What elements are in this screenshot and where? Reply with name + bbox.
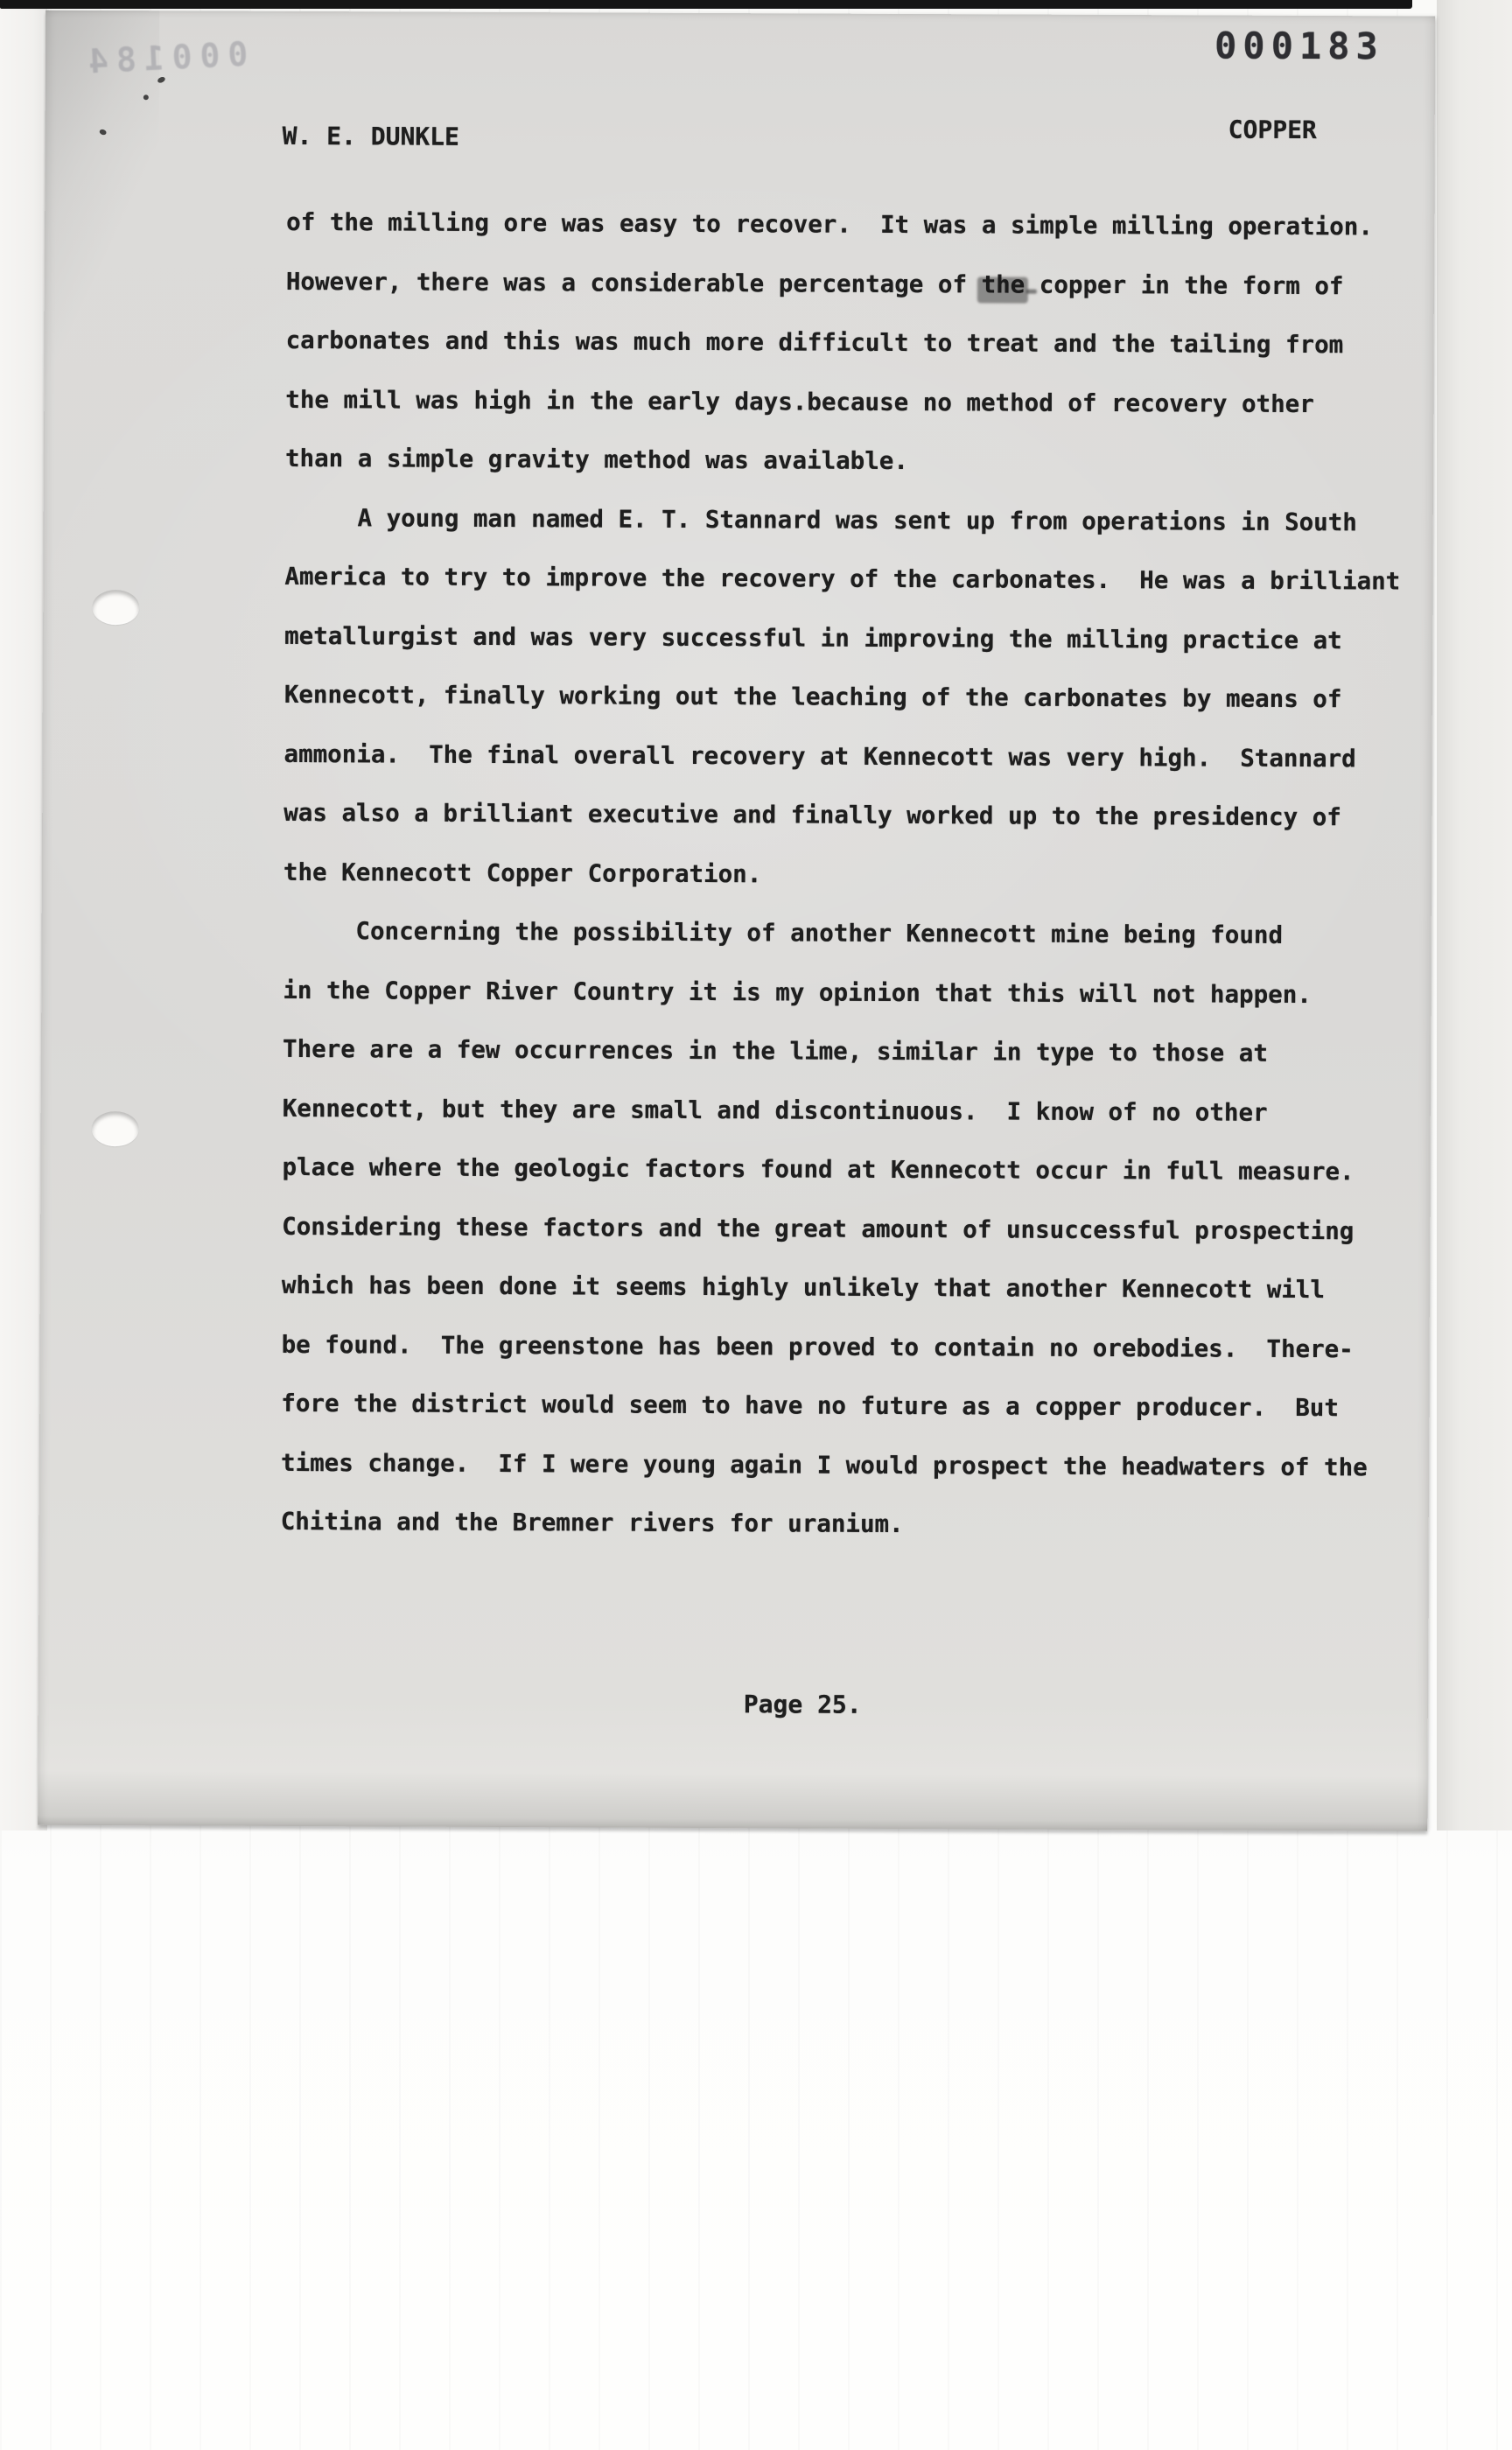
body-line: in the Copper River Country it is my opi…	[283, 978, 1398, 1042]
body-line: the mill was high in the early days.beca…	[285, 388, 1401, 451]
typewriter-overstrike-smudge	[977, 276, 1028, 303]
body-line: carbonates and this was much more diffic…	[285, 329, 1401, 393]
punch-hole-bottom	[92, 1111, 139, 1146]
body-line: of the milling ore was easy to recover. …	[286, 211, 1402, 275]
body-line: be found. The greenstone has been proved…	[281, 1333, 1396, 1396]
document-stamp-number: 000183	[1214, 24, 1384, 68]
page-number: Page 25.	[744, 1690, 862, 1719]
body-line: the Kennecott Copper Corporation.	[283, 860, 1399, 924]
body-line: There are a few occurrences in the lime,…	[283, 1038, 1398, 1102]
body-line: was also a brilliant executive and final…	[283, 801, 1399, 865]
body-line: Kennecott, finally working out the leach…	[284, 683, 1400, 747]
subject-header: COPPER	[1228, 115, 1317, 144]
body-line: A young man named E. T. Stannard was sen…	[284, 506, 1400, 570]
body-line: place where the geologic factors found a…	[282, 1156, 1397, 1220]
scan-background-right-strip	[1437, 0, 1512, 1830]
body-text: of the milling ore was easy to recover. …	[280, 211, 1402, 1574]
ink-speck	[99, 129, 108, 136]
author-name-header: W. E. DUNKLE	[283, 122, 459, 151]
body-line: than a simple gravity method was availab…	[285, 447, 1401, 511]
body-line: fore the district would seem to have no …	[281, 1392, 1396, 1456]
body-line: Chitina and the Bremner rivers for urani…	[280, 1510, 1396, 1574]
punch-hole-top	[92, 590, 139, 625]
typewritten-page: 000184 000183 W. E. DUNKLE COPPER of the…	[38, 10, 1435, 1831]
bleedthrough-stamp-number: 000184	[80, 35, 248, 81]
scanner-edge-bar	[0, 0, 1412, 9]
body-line: America to try to improve the recovery o…	[284, 565, 1400, 629]
body-line: ammonia. The final overall recovery at K…	[283, 742, 1399, 806]
ink-speck	[143, 94, 149, 100]
body-line: Concerning the possibility of another Ke…	[283, 920, 1398, 983]
body-line: metallurgist and was very successful in …	[284, 624, 1400, 688]
body-line: times change. If I were young again I wo…	[281, 1451, 1396, 1515]
body-line: which has been done it seems highly unli…	[282, 1274, 1397, 1338]
body-line: Kennecott, but they are small and discon…	[283, 1096, 1398, 1160]
body-line: However, there was a considerable percen…	[286, 269, 1402, 333]
body-line: Considering these factors and the great …	[282, 1214, 1397, 1278]
scanned-document-canvas: { "page": { "stamp_number": "000183", "b…	[0, 0, 1512, 2450]
